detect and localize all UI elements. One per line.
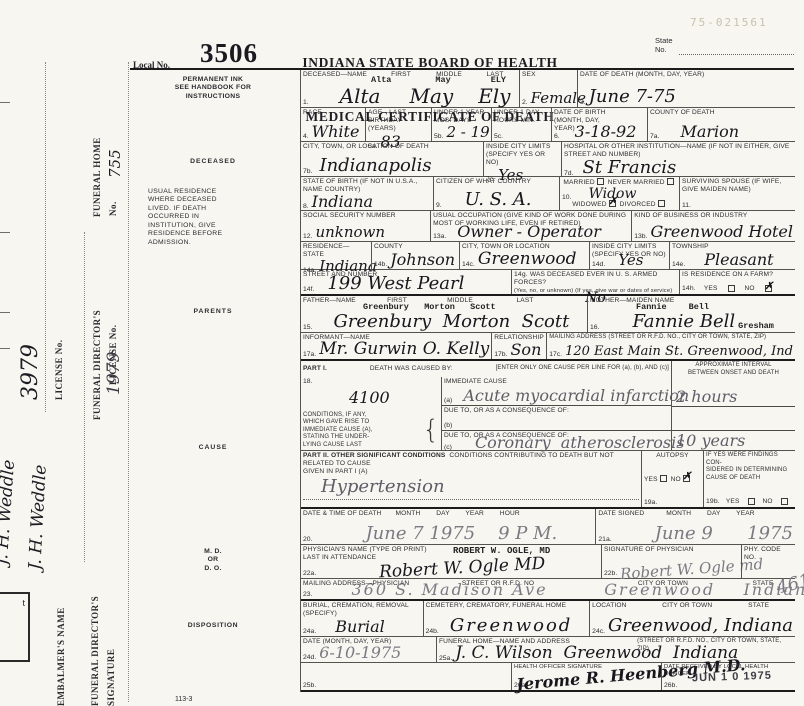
field-physician-signature: SIGNATURE OF PHYSICIAN 22b.Robert W. Ogl…: [601, 545, 741, 578]
field-state-of-birth: STATE OF BIRTH (IF NOT IN U.S.A., NAME C…: [301, 177, 433, 210]
field-disposition-date: DATE (MONTH, DAY, YEAR) 24d.6-10-1975: [301, 637, 436, 662]
cause-line-b: DUE TO, OR AS A CONSEQUENCE OF: (b): [442, 406, 671, 431]
margin-tick: [0, 348, 10, 349]
cause-a-value: Acute myocardial infarction: [463, 388, 689, 404]
funeral-directors-signature-label2: SIGNATURE: [106, 620, 116, 706]
part2-value: Hypertension: [321, 478, 639, 496]
interval-b: [672, 407, 795, 432]
disposition-location-value: Greenwood, Indiana: [608, 617, 793, 635]
city-of-death-value: Indianapolis: [319, 157, 431, 175]
field-autopsy-findings: IF YES WERE FINDINGS CON- SIDERED IN DET…: [703, 451, 795, 507]
date-signed-value: June 9 1975: [655, 525, 793, 543]
cemetery-value: Greenwood: [450, 617, 572, 635]
hospital-value: St Francis: [582, 159, 676, 177]
relationship-value: Son: [510, 342, 541, 358]
informant-value: Mr. Gurwin O. Kelly: [319, 341, 489, 358]
field-inside-city-limits: INSIDE CITY LIMITS (SPECIFY YES OR NO) 7…: [483, 142, 561, 176]
margin-dotted-rule: [84, 232, 85, 562]
informant-mailing-value: 120 East Main St. Greenwood, Ind: [565, 345, 793, 358]
cause-lines: IMMEDIATE CAUSE (a)Acute myocardial infa…: [441, 377, 671, 450]
written-first-name: Alta: [340, 86, 381, 106]
field-business: KIND OF BUSINESS OR INDUSTRY 13b.Greenwo…: [631, 211, 795, 241]
field-residence-county: COUNTY 14b.Johnson: [371, 242, 459, 269]
field-date-time-of-death: DATE & TIME OF DEATHMONTH DAY YEAR HOUR …: [301, 509, 595, 544]
father-name-value: Greenbury Morton Scott: [333, 313, 569, 331]
field-residence-city: CITY, TOWN OR LOCATION 14c.Greenwood: [459, 242, 589, 269]
findings-yes-checkbox: [748, 498, 755, 505]
physician-name-written: Robert W. Ogle MD: [379, 556, 546, 582]
mother-last-typed: Gresham: [738, 321, 774, 331]
field-phy-code: PHY. CODE NO.: [741, 545, 795, 578]
state-no: State No.: [655, 36, 794, 55]
field-township: TOWNSHIP 14e.Pleasant: [669, 242, 795, 269]
funeral-director-signature-script: J. H. Weddle: [25, 390, 54, 571]
state-no-stamp: 75-021561: [690, 16, 768, 29]
cause-code: 4100: [349, 390, 439, 406]
margin-stamp-box: t: [0, 592, 30, 662]
interval-c: 10 years: [672, 431, 795, 450]
sex-label: SEX: [522, 71, 575, 79]
local-no-value: 3506: [176, 38, 276, 70]
form-fields: DECEASED—NAME FIRST MIDDLE LAST Alta May…: [300, 70, 795, 692]
field-under-1-day: UNDER 1 DAY HOURS MIN. 5c.: [491, 108, 551, 141]
field-date-of-birth: DATE OF BIRTH (MONTH, DAY, YEAR) 6.3-18-…: [551, 108, 647, 141]
margin-dotted-rule: [45, 62, 46, 412]
section-label-parents: PARENTS: [148, 308, 278, 316]
part1-header: PART I. DEATH WAS CAUSED BY: [ENTER ONLY…: [301, 361, 671, 377]
burial-type-value: Burial: [335, 619, 384, 635]
license-no-value: 3979: [18, 280, 43, 400]
permanent-ink-note: PERMANENT INK SEE HANDBOOK FOR INSTRUCTI…: [148, 76, 278, 101]
field-hospital: HOSPITAL OR OTHER INSTITUTION—NAME (IF N…: [561, 142, 795, 176]
funeral-directors-signature-label1: FUNERAL DIRECTOR'S: [90, 588, 100, 706]
married-checkbox: [597, 178, 604, 185]
mother-name-value: Fannie Bell: [632, 313, 735, 331]
section-label-disposition: DISPOSITION: [148, 622, 278, 630]
field-deceased-name: DECEASED—NAME FIRST MIDDLE LAST Alta May…: [301, 70, 519, 107]
findings-no-checkbox: [781, 498, 788, 505]
field-date-of-death: DATE OF DEATH (MONTH, DAY, YEAR) 3.June …: [577, 70, 795, 107]
state-no-blank: [679, 36, 794, 55]
residence-county-value: Johnson: [390, 252, 455, 268]
citizen-value: U. S. A.: [465, 191, 532, 209]
autopsy-no-checkbox: ✗: [683, 475, 690, 482]
field-father-name: FATHER—NAME FIRST MIDDLE LAST Greenbury …: [301, 296, 587, 332]
township-value: Pleasant: [704, 252, 773, 268]
funeral-director-license-label: FUNERAL DIRECTOR'S: [92, 235, 102, 420]
field-citizen-of: CITIZEN OF WHAT COUNTRY 9.U. S. A.: [433, 177, 559, 210]
never-married-checkbox: [667, 178, 674, 185]
field-relationship: RELATIONSHIP 17b.Son: [491, 333, 546, 359]
divorced-checkbox: [658, 200, 665, 207]
funeral-director-license-no-value: 1979: [104, 300, 124, 395]
farm-yes-checkbox: [728, 285, 735, 292]
field-occupation: USUAL OCCUPATION (GIVE KIND OF WORK DONE…: [430, 211, 631, 241]
field-date-signed: DATE SIGNEDMONTH DAY YEAR 21a.June 9 197…: [595, 509, 795, 544]
field-informant: INFORMANT—NAME 17a.Mr. Gurwin O. Kelly: [301, 333, 491, 359]
field-city-of-death: CITY, TOWN, OR LOCATION OF DEATH 7b.Indi…: [301, 142, 483, 176]
field-mother-name: MOTHER—MAIDEN NAME Fannie Bell 16. Fanni…: [587, 296, 795, 332]
field-race: RACE 4.White: [301, 108, 365, 141]
county-of-death-value: Marion: [680, 124, 739, 140]
cause-c-value: Coronary atherosclerosis: [475, 435, 684, 451]
embalmer-signature-script: J. H. Weddle: [0, 385, 24, 566]
interval-column: 2 hours 10 years: [671, 377, 795, 450]
field-residence-farm: IS RESIDENCE ON A FARM? 14h.YESNO✗: [679, 270, 795, 294]
cause-line-c: DUE TO, OR AS A CONSEQUENCE OF: (c)Coron…: [442, 431, 671, 450]
physician-mailing-value: 360 S. Madison Ave Greenwood Indiana: [351, 582, 804, 598]
form-number: 113-3: [175, 696, 192, 703]
date-of-death-label: DATE OF DEATH (MONTH, DAY, YEAR): [580, 71, 793, 79]
field-sex: SEX 2.Female: [519, 70, 577, 107]
field-residence-state: RESIDENCE—STATE 14a.Indiana: [301, 242, 371, 269]
margin-tick: [0, 312, 10, 313]
cause-line-a: IMMEDIATE CAUSE (a)Acute myocardial infa…: [442, 377, 671, 406]
field-street-number: STREET AND NUMBER 14f.199 West Pearl: [301, 270, 511, 294]
autopsy-yes-checkbox: [660, 475, 667, 482]
field-physician-name: PHYSICIAN'S NAME (TYPE OR PRINT) LAST IN…: [301, 545, 601, 578]
residence-city-value: Greenwood: [478, 251, 577, 268]
race-value: White: [312, 124, 360, 140]
margin-tick: [0, 232, 10, 233]
field-county-of-death: COUNTY OF DEATH 7a.Marion: [647, 108, 795, 141]
date-of-birth-value: 3-18-92: [575, 124, 637, 140]
field-physician-mailing: MAILING ADDRESS—PHYSICIAN STREET OR R.F.…: [301, 579, 804, 599]
conditions-brace: {: [422, 415, 439, 445]
written-last-name: Ely: [478, 86, 510, 106]
margin-dotted-rule: [128, 62, 129, 702]
death-certificate-scan: FUNERAL HOME No. 755 3979 LICENSE No. FU…: [0, 0, 804, 706]
field-health-officer-signature: HEALTH OFFICER SIGNATURE Jerome R. Heenb…: [511, 663, 661, 690]
margin-tick: [0, 102, 10, 103]
ssn-value: unknown: [315, 225, 385, 240]
field-burial-type: BURIAL, CREMATION, REMOVAL (SPECIFY) 24a…: [301, 601, 423, 636]
cause-conditions-gutter: 18. 4100 CONDITIONS, IF ANY, WHICH GAVE …: [301, 377, 441, 450]
business-value: Greenwood Hotel: [650, 224, 793, 240]
part2-blank-line: [303, 499, 639, 500]
residence-limits-value: Yes: [618, 253, 643, 268]
written-middle-name: May: [409, 86, 453, 106]
field-residence-limits: INSIDE CITY LIMITS (SPECIFY YES OR NO) 1…: [589, 242, 669, 269]
interval-a: 2 hours: [672, 377, 795, 407]
farm-no-checkbox: ✗: [765, 285, 772, 292]
field-age: AGE—LAST BIRTHDAY (YEARS) 5a.83: [365, 108, 431, 141]
state-no-label: State No.: [655, 36, 673, 54]
field-cemetery: CEMETERY, CREMATORY, FUNERAL HOME 24b.Gr…: [423, 601, 590, 636]
date-time-of-death-value: June 7 1975 9 P M.: [365, 525, 557, 543]
interval-header: APPROXIMATE INTERVAL BETWEEN ONSET AND D…: [671, 361, 795, 377]
funeral-home-label: FUNERAL HOME: [92, 72, 102, 217]
field-armed-forces: 14g. WAS DECEASED EVER IN U. S. ARMED FO…: [511, 270, 679, 294]
field-disposition-location: LOCATIONCITY OR TOWNSTATE 24c.Greenwood,…: [589, 601, 795, 636]
field-informant-mailing: MAILING ADDRESS (STREET OR R.F.D. NO., C…: [546, 333, 795, 359]
widowed-checkbox: ✗: [609, 200, 616, 207]
funeral-home-no-label: No.: [108, 188, 118, 216]
funeral-home-no-value: 755: [106, 118, 124, 178]
certificate-form: PERMANENT INK SEE HANDBOOK FOR INSTRUCTI…: [130, 68, 794, 692]
usual-residence-note: USUAL RESIDENCE WHERE DECEASED LIVED. IF…: [148, 188, 278, 247]
field-autopsy: AUTOPSY YES NO✗ 19a.: [641, 451, 703, 507]
section-label-cause: CAUSE: [148, 444, 278, 452]
date-of-death-value: June 7-75: [589, 88, 676, 106]
field-marital-status: MARRIED NEVER MARRIED 10.Widow WIDOWED✗ …: [559, 177, 679, 210]
part2-conditions: PART II. OTHER SIGNIFICANT CONDITIONS CO…: [301, 451, 641, 507]
disposition-date-value: 6-10-1975: [319, 645, 401, 661]
occupation-value: Owner - Operator: [457, 224, 601, 240]
field-under-1-year: UNDER 1 YEAR MOS. DAYS 5b.2 - 19: [431, 108, 491, 141]
field-25b: 25b.: [301, 663, 511, 690]
license-no-label: LICENSE No.: [54, 250, 64, 400]
section-label-deceased: DECEASED: [148, 158, 278, 166]
margin-stamp-letter: t: [22, 598, 25, 608]
state-of-birth-value: Indiana: [312, 194, 373, 210]
section-label-md-do: M. D. OR D. O.: [148, 548, 278, 573]
street-number-value: 199 West Pearl: [327, 275, 464, 293]
field-surviving-spouse: SURVIVING SPOUSE (IF WIFE, GIVE MAIDEN N…: [679, 177, 795, 210]
under-1-year-value: 2 - 19: [446, 125, 489, 140]
local-no: Local No. 3506: [133, 38, 283, 70]
field-date-received: DATE RECEIVED BY LOCAL HEALTH OFFICER JU…: [661, 663, 795, 690]
embalmers-name-label: EMBALMER'S NAME: [56, 588, 66, 706]
field-ssn: SOCIAL SECURITY NUMBER 12.unknown: [301, 211, 430, 241]
